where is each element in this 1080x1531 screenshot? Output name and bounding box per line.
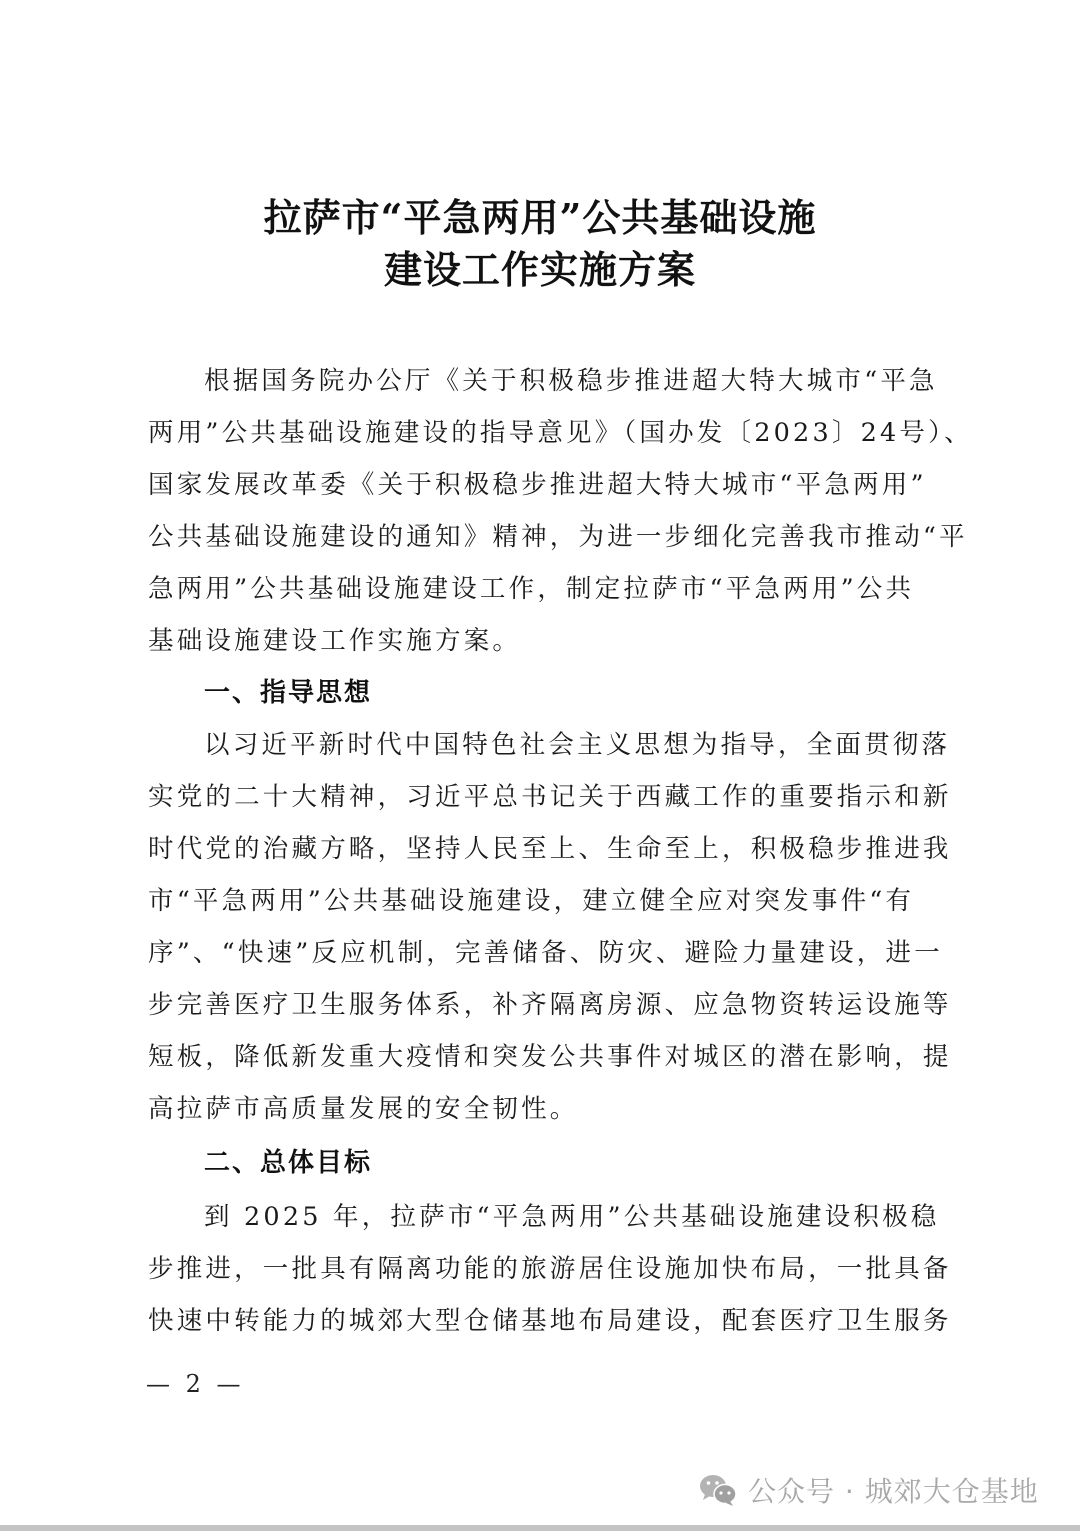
section-line: 步推进，一批具有隔离功能的旅游居住设施加快布局，一批具备	[148, 1252, 948, 1286]
section-line: 步完善医疗卫生服务体系，补齐隔离房源、应急物资转运设施等	[148, 988, 948, 1022]
bottom-divider	[0, 1525, 1080, 1531]
section-line: 序”、“快速”反应机制，完善储备、防灾、避险力量建设，进一	[148, 936, 948, 970]
section-line: 实党的二十大精神，习近平总书记关于西藏工作的重要指示和新	[148, 780, 948, 814]
section-heading-guiding-ideology: 一、指导思想	[204, 676, 372, 710]
intro-line: 公共基础设施建设的通知》精神，为进一步细化完善我市推动“平	[148, 520, 948, 554]
section-line: 短板，降低新发重大疫情和突发公共事件对城区的潜在影响，提	[148, 1040, 948, 1074]
section-line: 时代党的治藏方略，坚持人民至上、生命至上，积极稳步推进我	[148, 832, 948, 866]
watermark: 公众号 · 城郊大仓基地	[698, 1470, 1039, 1510]
intro-line: 基础设施建设工作实施方案。	[148, 624, 948, 658]
section-line: 快速中转能力的城郊大型仓储基地布局建设，配套医疗卫生服务	[148, 1304, 948, 1338]
section-heading-overall-goals: 二、总体目标	[204, 1146, 372, 1180]
document-page: 拉萨市“平急两用”公共基础设施 建设工作实施方案 根据国务院办公厅《关于积极稳步…	[0, 0, 1080, 1525]
intro-line: 急两用”公共基础设施建设工作，制定拉萨市“平急两用”公共	[148, 572, 948, 606]
intro-line: 国家发展改革委《关于积极稳步推进超大特大城市“平急两用”	[148, 468, 948, 502]
document-title-line-2: 建设工作实施方案	[0, 244, 1080, 296]
page-number: — 2 —	[146, 1370, 245, 1398]
section-line: 到 2025 年，拉萨市“平急两用”公共基础设施建设积极稳	[204, 1200, 948, 1234]
wechat-icon	[698, 1472, 738, 1508]
intro-line: 两用”公共基础设施建设的指导意见》（国办发〔2023〕24号）、	[148, 416, 948, 450]
document-title-line-1: 拉萨市“平急两用”公共基础设施	[0, 192, 1080, 244]
section-line: 高拉萨市高质量发展的安全韧性。	[148, 1092, 948, 1126]
section-line: 市“平急两用”公共基础设施建设，建立健全应对突发事件“有	[148, 884, 948, 918]
intro-line: 根据国务院办公厅《关于积极稳步推进超大特大城市“平急	[204, 364, 948, 398]
section-line: 以习近平新时代中国特色社会主义思想为指导，全面贯彻落	[204, 728, 948, 762]
watermark-text: 公众号 · 城郊大仓基地	[748, 1470, 1039, 1510]
